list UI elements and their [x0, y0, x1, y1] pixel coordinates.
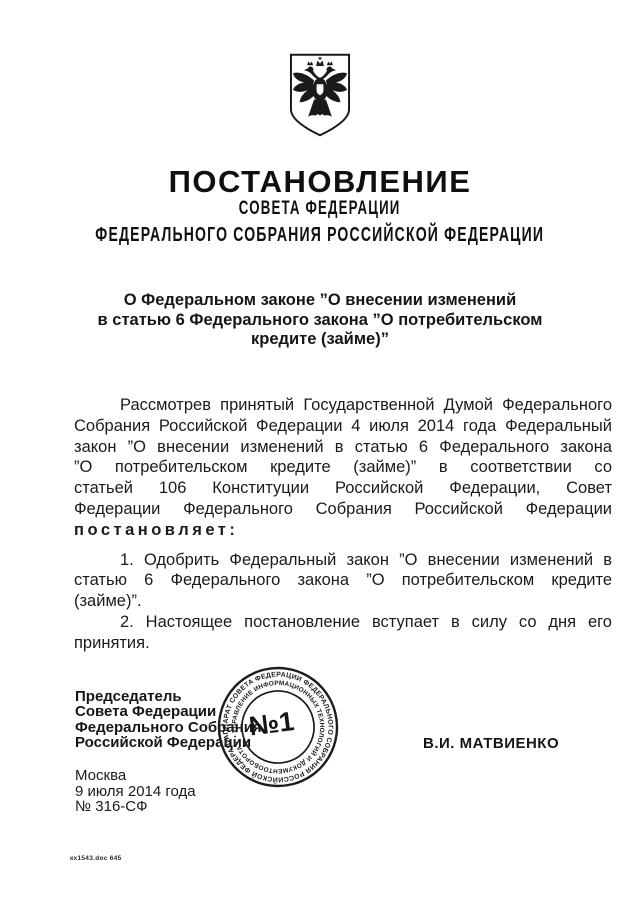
issue-city: Москва	[75, 768, 196, 784]
item-line: статью 6 Федерального закона ”О потребит…	[74, 570, 612, 591]
stamp-number: №1	[247, 706, 295, 741]
body-line: статьей 106 Конституции Российской Федер…	[74, 478, 612, 499]
issue-number: № 316-СФ	[75, 799, 196, 815]
body-line: Собрания Российской Федерации 4 июля 201…	[74, 416, 612, 437]
subject-line: О Федеральном законе ”О внесении изменен…	[0, 291, 640, 311]
signer-name: В.И. МАТВИЕНКО	[423, 735, 559, 752]
document-kind-title: ПОСТАНОВЛЕНИЕ	[0, 164, 640, 200]
org-name-line2-text: ФЕДЕРАЛЬНОГО СОБРАНИЯ РОССИЙСКОЙ ФЕДЕРАЦ…	[96, 224, 545, 245]
org-name-line1: СОВЕТА ФЕДЕРАЦИИ	[0, 199, 640, 216]
item-line: 2. Настоящее постановление вступает в си…	[74, 612, 612, 633]
body-text: Рассмотрев принятый Государственной Думо…	[74, 395, 612, 654]
resolve-word: постановляет:	[74, 520, 612, 541]
document-page: ПОСТАНОВЛЕНИЕ СОВЕТА ФЕДЕРАЦИИ ФЕДЕРАЛЬН…	[0, 0, 640, 905]
archival-reference: кх1543.doc 645	[70, 855, 122, 862]
item-line: 1. Одобрить Федеральный закон ”О внесени…	[74, 550, 612, 571]
item-line: принятия.	[74, 633, 612, 654]
body-line: ”О потребительском кредите (займе)” в со…	[74, 457, 612, 478]
subject-line: кредите (займе)”	[0, 330, 640, 350]
item-line: (займе)”.	[74, 591, 612, 612]
org-name-line2: ФЕДЕРАЛЬНОГО СОБРАНИЯ РОССИЙСКОЙ ФЕДЕРАЦ…	[0, 225, 640, 243]
subject-heading: О Федеральном законе ”О внесении изменен…	[0, 291, 640, 350]
subject-line: в статью 6 Федерального закона ”О потреб…	[0, 311, 640, 331]
body-line: Рассмотрев принятый Государственной Думо…	[74, 395, 612, 416]
body-line: закон ”О внесении изменений в статью 6 Ф…	[74, 437, 612, 458]
org-name-line1-text: СОВЕТА ФЕДЕРАЦИИ	[239, 198, 401, 217]
issue-details: Москва 9 июля 2014 года № 316-СФ	[75, 768, 196, 815]
paragraph-gap	[74, 541, 612, 550]
issue-date: 9 июля 2014 года	[75, 784, 196, 800]
body-line: Федерации Федерального Собрания Российск…	[74, 499, 612, 520]
official-stamp: АППАРАТ СОВЕТА ФЕДЕРАЦИИ ФЕДЕРАЛЬНОГО СО…	[214, 663, 342, 791]
coat-of-arms-icon	[287, 50, 353, 140]
